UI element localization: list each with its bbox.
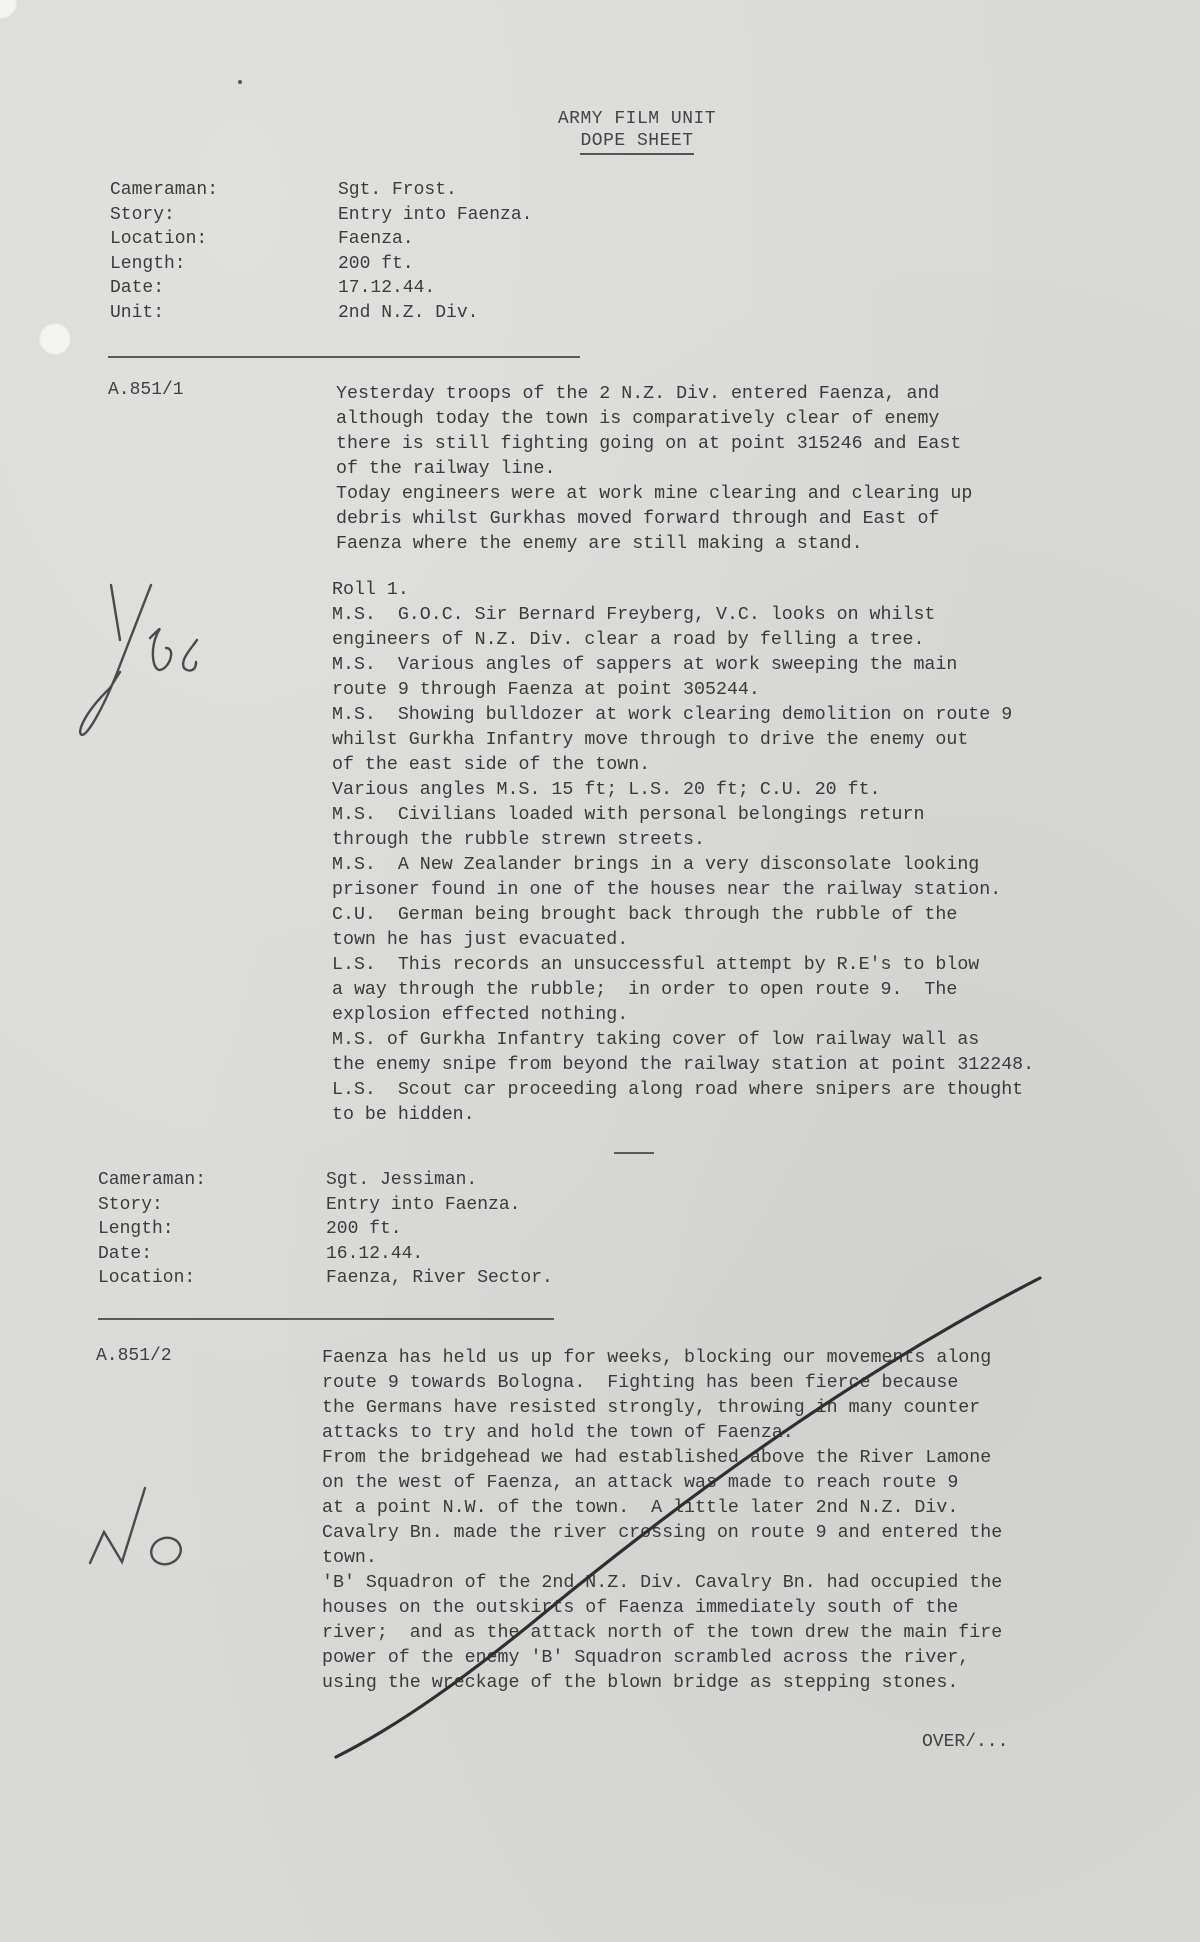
text-line: prisoner found in one of the houses near… xyxy=(332,878,1034,903)
text-line: M.S. G.O.C. Sir Bernard Freyberg, V.C. l… xyxy=(332,603,1034,628)
annotation-no xyxy=(90,1488,185,1568)
text-line: the enemy snipe from beyond the railway … xyxy=(332,1053,1034,1078)
field-value: 200 ft. xyxy=(338,252,414,277)
text-line: although today the town is comparatively… xyxy=(336,407,972,432)
text-line: Cavalry Bn. made the river crossing on r… xyxy=(322,1521,1002,1546)
text-line: on the west of Faenza, an attack was mad… xyxy=(322,1471,1002,1496)
text-line: at a point N.W. of the town. A little la… xyxy=(322,1496,1002,1521)
text-line: Roll 1. xyxy=(332,578,1034,603)
text-line: houses on the outskirts of Faenza immedi… xyxy=(322,1596,1002,1621)
field-row: Length:200 ft. xyxy=(98,1217,553,1242)
text-line: of the railway line. xyxy=(336,457,972,482)
text-line: using the wreckage of the blown bridge a… xyxy=(322,1671,1002,1696)
field-label: Cameraman: xyxy=(98,1168,326,1193)
text-line: engineers of N.Z. Div. clear a road by f… xyxy=(332,628,1034,653)
field-row: Date:16.12.44. xyxy=(98,1242,553,1267)
text-line: M.S. Civilians loaded with personal belo… xyxy=(332,803,1034,828)
title-line-1: ARMY FILM UNIT xyxy=(552,108,722,130)
annotation-yes xyxy=(80,585,197,735)
field-value: Entry into Faenza. xyxy=(326,1193,520,1218)
text-line: M.S. A New Zealander brings in a very di… xyxy=(332,853,1034,878)
sheet1-reference: A.851/1 xyxy=(108,380,184,400)
text-line: M.S. Various angles of sappers at work s… xyxy=(332,653,1034,678)
field-row: Story:Entry into Faenza. xyxy=(110,203,532,228)
text-line: Various angles M.S. 15 ft; L.S. 20 ft; C… xyxy=(332,778,1034,803)
field-label: Date: xyxy=(110,276,338,301)
text-line: C.U. German being brought back through t… xyxy=(332,903,1034,928)
continuation-note: OVER/... xyxy=(922,1732,1008,1752)
field-value: Faenza. xyxy=(338,227,414,252)
field-label: Length: xyxy=(98,1217,326,1242)
text-line: river; and as the attack north of the to… xyxy=(322,1621,1002,1646)
text-line: route 9 through Faenza at point 305244. xyxy=(332,678,1034,703)
text-line: Today engineers were at work mine cleari… xyxy=(336,482,972,507)
text-line: through the rubble strewn streets. xyxy=(332,828,1034,853)
text-line: a way through the rubble; in order to op… xyxy=(332,978,1034,1003)
section-divider-short xyxy=(614,1152,654,1154)
dope-sheet-page: ARMY FILM UNIT DOPE SHEET Cameraman:Sgt.… xyxy=(0,0,1200,1942)
text-line: route 9 towards Bologna. Fighting has be… xyxy=(322,1371,1002,1396)
field-value: 16.12.44. xyxy=(326,1242,423,1267)
text-line: Faenza has held us up for weeks, blockin… xyxy=(322,1346,1002,1371)
field-label: Date: xyxy=(98,1242,326,1267)
text-line: town. xyxy=(322,1546,1002,1571)
field-value: 17.12.44. xyxy=(338,276,435,301)
field-row: Length:200 ft. xyxy=(110,252,532,277)
text-line: L.S. Scout car proceeding along road whe… xyxy=(332,1078,1034,1103)
field-value: 2nd N.Z. Div. xyxy=(338,301,478,326)
field-row: Date:17.12.44. xyxy=(110,276,532,301)
field-label: Location: xyxy=(110,227,338,252)
text-line: Yesterday troops of the 2 N.Z. Div. ente… xyxy=(336,382,972,407)
text-line: to be hidden. xyxy=(332,1103,1034,1128)
field-row: Location:Faenza, River Sector. xyxy=(98,1266,553,1291)
field-row: Location:Faenza. xyxy=(110,227,532,252)
text-line: there is still fighting going on at poin… xyxy=(336,432,972,457)
text-line: From the bridgehead we had established a… xyxy=(322,1446,1002,1471)
punch-hole xyxy=(38,322,72,356)
field-label: Length: xyxy=(110,252,338,277)
field-value: Sgt. Jessiman. xyxy=(326,1168,477,1193)
text-line: M.S. Showing bulldozer at work clearing … xyxy=(332,703,1034,728)
text-line: of the east side of the town. xyxy=(332,753,1034,778)
sheet2-text: Faenza has held us up for weeks, blockin… xyxy=(322,1346,1002,1696)
text-line: whilst Gurkha Infantry move through to d… xyxy=(332,728,1034,753)
sheet2-reference: A.851/2 xyxy=(96,1346,172,1366)
text-line: 'B' Squadron of the 2nd N.Z. Div. Cavalr… xyxy=(322,1571,1002,1596)
text-line: Faenza where the enemy are still making … xyxy=(336,532,972,557)
field-value: Sgt. Frost. xyxy=(338,178,457,203)
text-line: L.S. This records an unsuccessful attemp… xyxy=(332,953,1034,978)
field-label: Cameraman: xyxy=(110,178,338,203)
sheet1-shot-list: Roll 1.M.S. G.O.C. Sir Bernard Freyberg,… xyxy=(332,578,1034,1128)
field-row: Cameraman:Sgt. Jessiman. xyxy=(98,1168,553,1193)
field-row: Story:Entry into Faenza. xyxy=(98,1193,553,1218)
sheet1-metadata: Cameraman:Sgt. Frost. Story:Entry into F… xyxy=(110,178,532,325)
field-value: Entry into Faenza. xyxy=(338,203,532,228)
field-label: Location: xyxy=(98,1266,326,1291)
field-label: Story: xyxy=(98,1193,326,1218)
sheet2-metadata: Cameraman:Sgt. Jessiman. Story:Entry int… xyxy=(98,1168,553,1291)
text-line: M.S. of Gurkha Infantry taking cover of … xyxy=(332,1028,1034,1053)
field-row: Cameraman:Sgt. Frost. xyxy=(110,178,532,203)
field-label: Story: xyxy=(110,203,338,228)
sheet1-intro: Yesterday troops of the 2 N.Z. Div. ente… xyxy=(336,382,972,557)
punch-hole xyxy=(0,0,18,20)
field-value: Faenza, River Sector. xyxy=(326,1266,553,1291)
text-line: town he has just evacuated. xyxy=(332,928,1034,953)
section-divider xyxy=(108,356,580,358)
text-line: debris whilst Gurkhas moved forward thro… xyxy=(336,507,972,532)
field-row: Unit:2nd N.Z. Div. xyxy=(110,301,532,326)
document-title: ARMY FILM UNIT DOPE SHEET xyxy=(552,108,722,155)
text-line: the Germans have resisted strongly, thro… xyxy=(322,1396,1002,1421)
field-value: 200 ft. xyxy=(326,1217,402,1242)
text-line: attacks to try and hold the town of Faen… xyxy=(322,1421,1002,1446)
text-line: power of the enemy 'B' Squadron scramble… xyxy=(322,1646,1002,1671)
ink-speck xyxy=(238,80,242,84)
field-label: Unit: xyxy=(110,301,338,326)
section-divider xyxy=(98,1318,554,1320)
title-line-2: DOPE SHEET xyxy=(580,130,693,155)
text-line: explosion effected nothing. xyxy=(332,1003,1034,1028)
